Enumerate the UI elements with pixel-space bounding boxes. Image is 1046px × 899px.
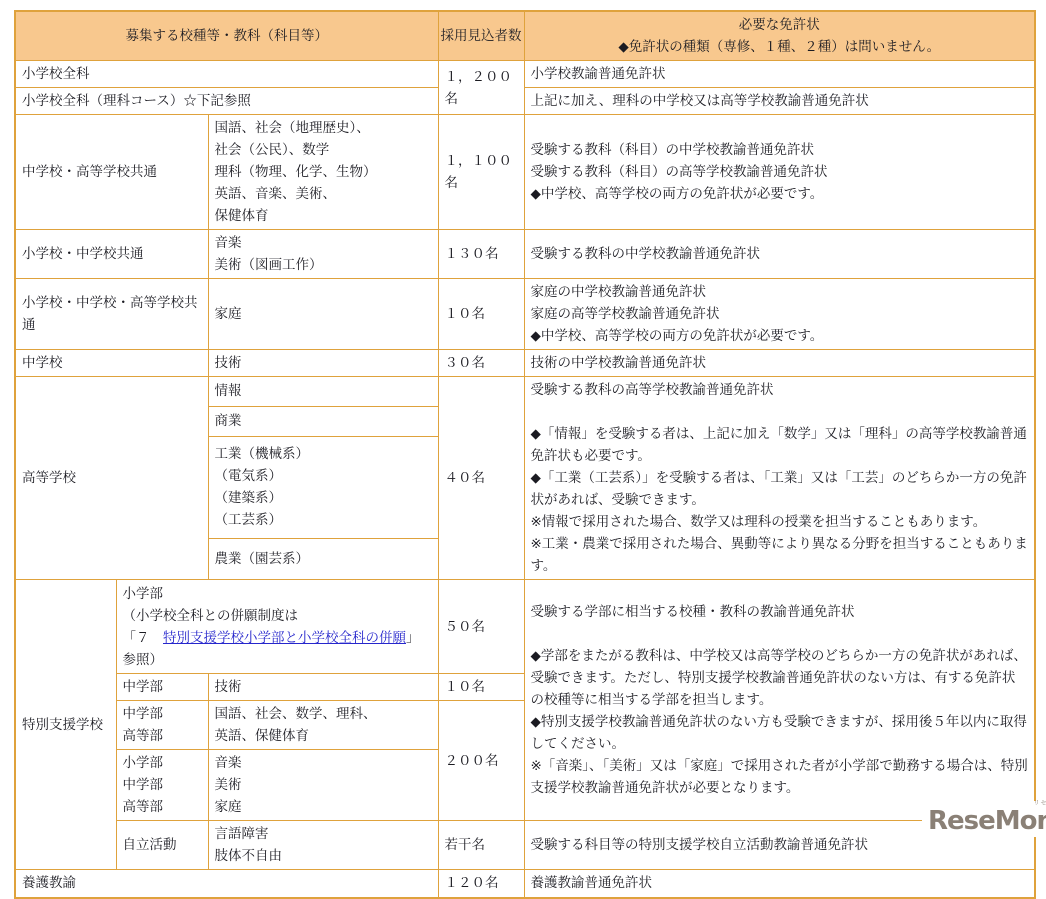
cell-count: １２０名 bbox=[438, 870, 524, 898]
table-row: 高等学校 情報 ４０名 受験する教科の高等学校教諭普通免許状 ◆「情報」を受験す… bbox=[15, 377, 1035, 407]
cell-subjects: 農業（園芸系） bbox=[208, 539, 438, 580]
cell-school-type: 中学校 bbox=[15, 350, 208, 377]
table-row: 中学校・高等学校共通 国語、社会（地理歴史）、 社会（公民）、数学 理科（物理、… bbox=[15, 115, 1035, 230]
cell-department: 中学部 高等部 bbox=[116, 701, 208, 750]
cell-count: １３０名 bbox=[438, 230, 524, 279]
cell-subjects: 言語障害 肢体不自由 bbox=[208, 821, 438, 870]
table-row: 特別支援学校 小学部 （小学校全科との併願制度は 「７ 特別支援学校小学部と小学… bbox=[15, 580, 1035, 674]
cell-department: 小学部 （小学校全科との併願制度は 「７ 特別支援学校小学部と小学校全科の併願」… bbox=[116, 580, 438, 674]
cell-department: 自立活動 bbox=[116, 821, 208, 870]
cell-license: 養護教諭普通免許状 bbox=[524, 870, 1035, 898]
table-row: 小学校全科 １，２００名 小学校教諭普通免許状 bbox=[15, 61, 1035, 88]
table-row: 小学校・中学校・高等学校共通 家庭 １０名 家庭の中学校教諭普通免許状 家庭の高… bbox=[15, 279, 1035, 350]
link-prefix: 「７ bbox=[123, 630, 164, 645]
resemom-logo: リセマム ReseMom. bbox=[922, 801, 1046, 837]
cell-count: 若干名 bbox=[438, 821, 524, 870]
dept-line: 参照） bbox=[123, 649, 432, 671]
table-row: 小学校全科（理科コース）☆下記参照 上記に加え、理科の中学校又は高等学校教諭普通… bbox=[15, 88, 1035, 115]
cell-count: １，２００名 bbox=[438, 61, 524, 115]
cell-subjects: 音楽 美術（図画工作） bbox=[208, 230, 438, 279]
cell-subjects: 工業（機械系） （電気系） （建築系） （工芸系） bbox=[208, 436, 438, 539]
cell-license: 家庭の中学校教諭普通免許状 家庭の高等学校教諭普通免許状 ◆中学校、高等学校の両… bbox=[524, 279, 1035, 350]
cell-school-type: 小学校・中学校共通 bbox=[15, 230, 208, 279]
cell-subjects: 国語、社会、数学、理科、 英語、保健体育 bbox=[208, 701, 438, 750]
cell-subjects: 音楽 美術 家庭 bbox=[208, 750, 438, 821]
cell-school-type: 高等学校 bbox=[15, 377, 208, 580]
cell-subjects: 国語、社会（地理歴史）、 社会（公民）、数学 理科（物理、化学、生物） 英語、音… bbox=[208, 115, 438, 230]
table-row: 小学校・中学校共通 音楽 美術（図画工作） １３０名 受験する教科の中学校教諭普… bbox=[15, 230, 1035, 279]
dept-line: 小学部 bbox=[123, 583, 432, 605]
header-license: 必要な免許状 ◆免許状の種類（専修、１種、２種）は問いません。 bbox=[524, 11, 1035, 61]
header-count: 採用見込者数 bbox=[438, 11, 524, 61]
cell-license: 上記に加え、理科の中学校又は高等学校教諭普通免許状 bbox=[524, 88, 1035, 115]
cell-count: １０名 bbox=[438, 279, 524, 350]
recruitment-table: 募集する校種等・教科（科目等） 採用見込者数 必要な免許状 ◆免許状の種類（専修… bbox=[14, 10, 1036, 899]
cell-license: 小学校教諭普通免許状 bbox=[524, 61, 1035, 88]
cell-license: 受験する教科（科目）の中学校教諭普通免許状 受験する教科（科目）の高等学校教諭普… bbox=[524, 115, 1035, 230]
cell-license: 受験する教科の高等学校教諭普通免許状 ◆「情報」を受験する者は、上記に加え「数学… bbox=[524, 377, 1035, 580]
link-suffix: 」 bbox=[406, 630, 420, 645]
cell-subjects: 技術 bbox=[208, 674, 438, 701]
cell-school-type: 養護教諭 bbox=[15, 870, 438, 898]
cell-school-type: 小学校全科（理科コース）☆下記参照 bbox=[15, 88, 438, 115]
cell-school-type: 小学校・中学校・高等学校共通 bbox=[15, 279, 208, 350]
cell-department: 小学部 中学部 高等部 bbox=[116, 750, 208, 821]
cell-count: ４０名 bbox=[438, 377, 524, 580]
cell-count: １０名 bbox=[438, 674, 524, 701]
cell-subjects: 情報 bbox=[208, 377, 438, 407]
cell-department: 中学部 bbox=[116, 674, 208, 701]
cell-subjects: 家庭 bbox=[208, 279, 438, 350]
dept-line: （小学校全科との併願制度は bbox=[123, 605, 432, 627]
cell-subjects: 技術 bbox=[208, 350, 438, 377]
cell-school-type: 中学校・高等学校共通 bbox=[15, 115, 208, 230]
cell-subjects: 商業 bbox=[208, 406, 438, 436]
table-header-row: 募集する校種等・教科（科目等） 採用見込者数 必要な免許状 ◆免許状の種類（専修… bbox=[15, 11, 1035, 61]
cell-license: 受験する教科の中学校教諭普通免許状 bbox=[524, 230, 1035, 279]
table-row: 中学校 技術 ３０名 技術の中学校教諭普通免許状 bbox=[15, 350, 1035, 377]
dept-link-line: 「７ 特別支援学校小学部と小学校全科の併願」 bbox=[123, 627, 432, 649]
table-row: 自立活動 言語障害 肢体不自由 若干名 受験する科目等の特別支援学校自立活動教諭… bbox=[15, 821, 1035, 870]
table-row: 養護教諭 １２０名 養護教諭普通免許状 bbox=[15, 870, 1035, 898]
cell-count: ５０名 bbox=[438, 580, 524, 674]
special-school-application-link[interactable]: 特別支援学校小学部と小学校全科の併願 bbox=[163, 630, 406, 645]
cell-count: １，１００名 bbox=[438, 115, 524, 230]
cell-license: 受験する学部に相当する校種・教科の教諭普通免許状 ◆学部をまたがる教科は、中学校… bbox=[524, 580, 1035, 821]
cell-count: ３０名 bbox=[438, 350, 524, 377]
cell-license: 技術の中学校教諭普通免許状 bbox=[524, 350, 1035, 377]
resemom-wordmark: ReseMom. bbox=[928, 807, 1046, 835]
cell-school-type: 特別支援学校 bbox=[15, 580, 116, 870]
header-subjects: 募集する校種等・教科（科目等） bbox=[15, 11, 438, 61]
cell-count: ２００名 bbox=[438, 701, 524, 821]
cell-school-type: 小学校全科 bbox=[15, 61, 438, 88]
